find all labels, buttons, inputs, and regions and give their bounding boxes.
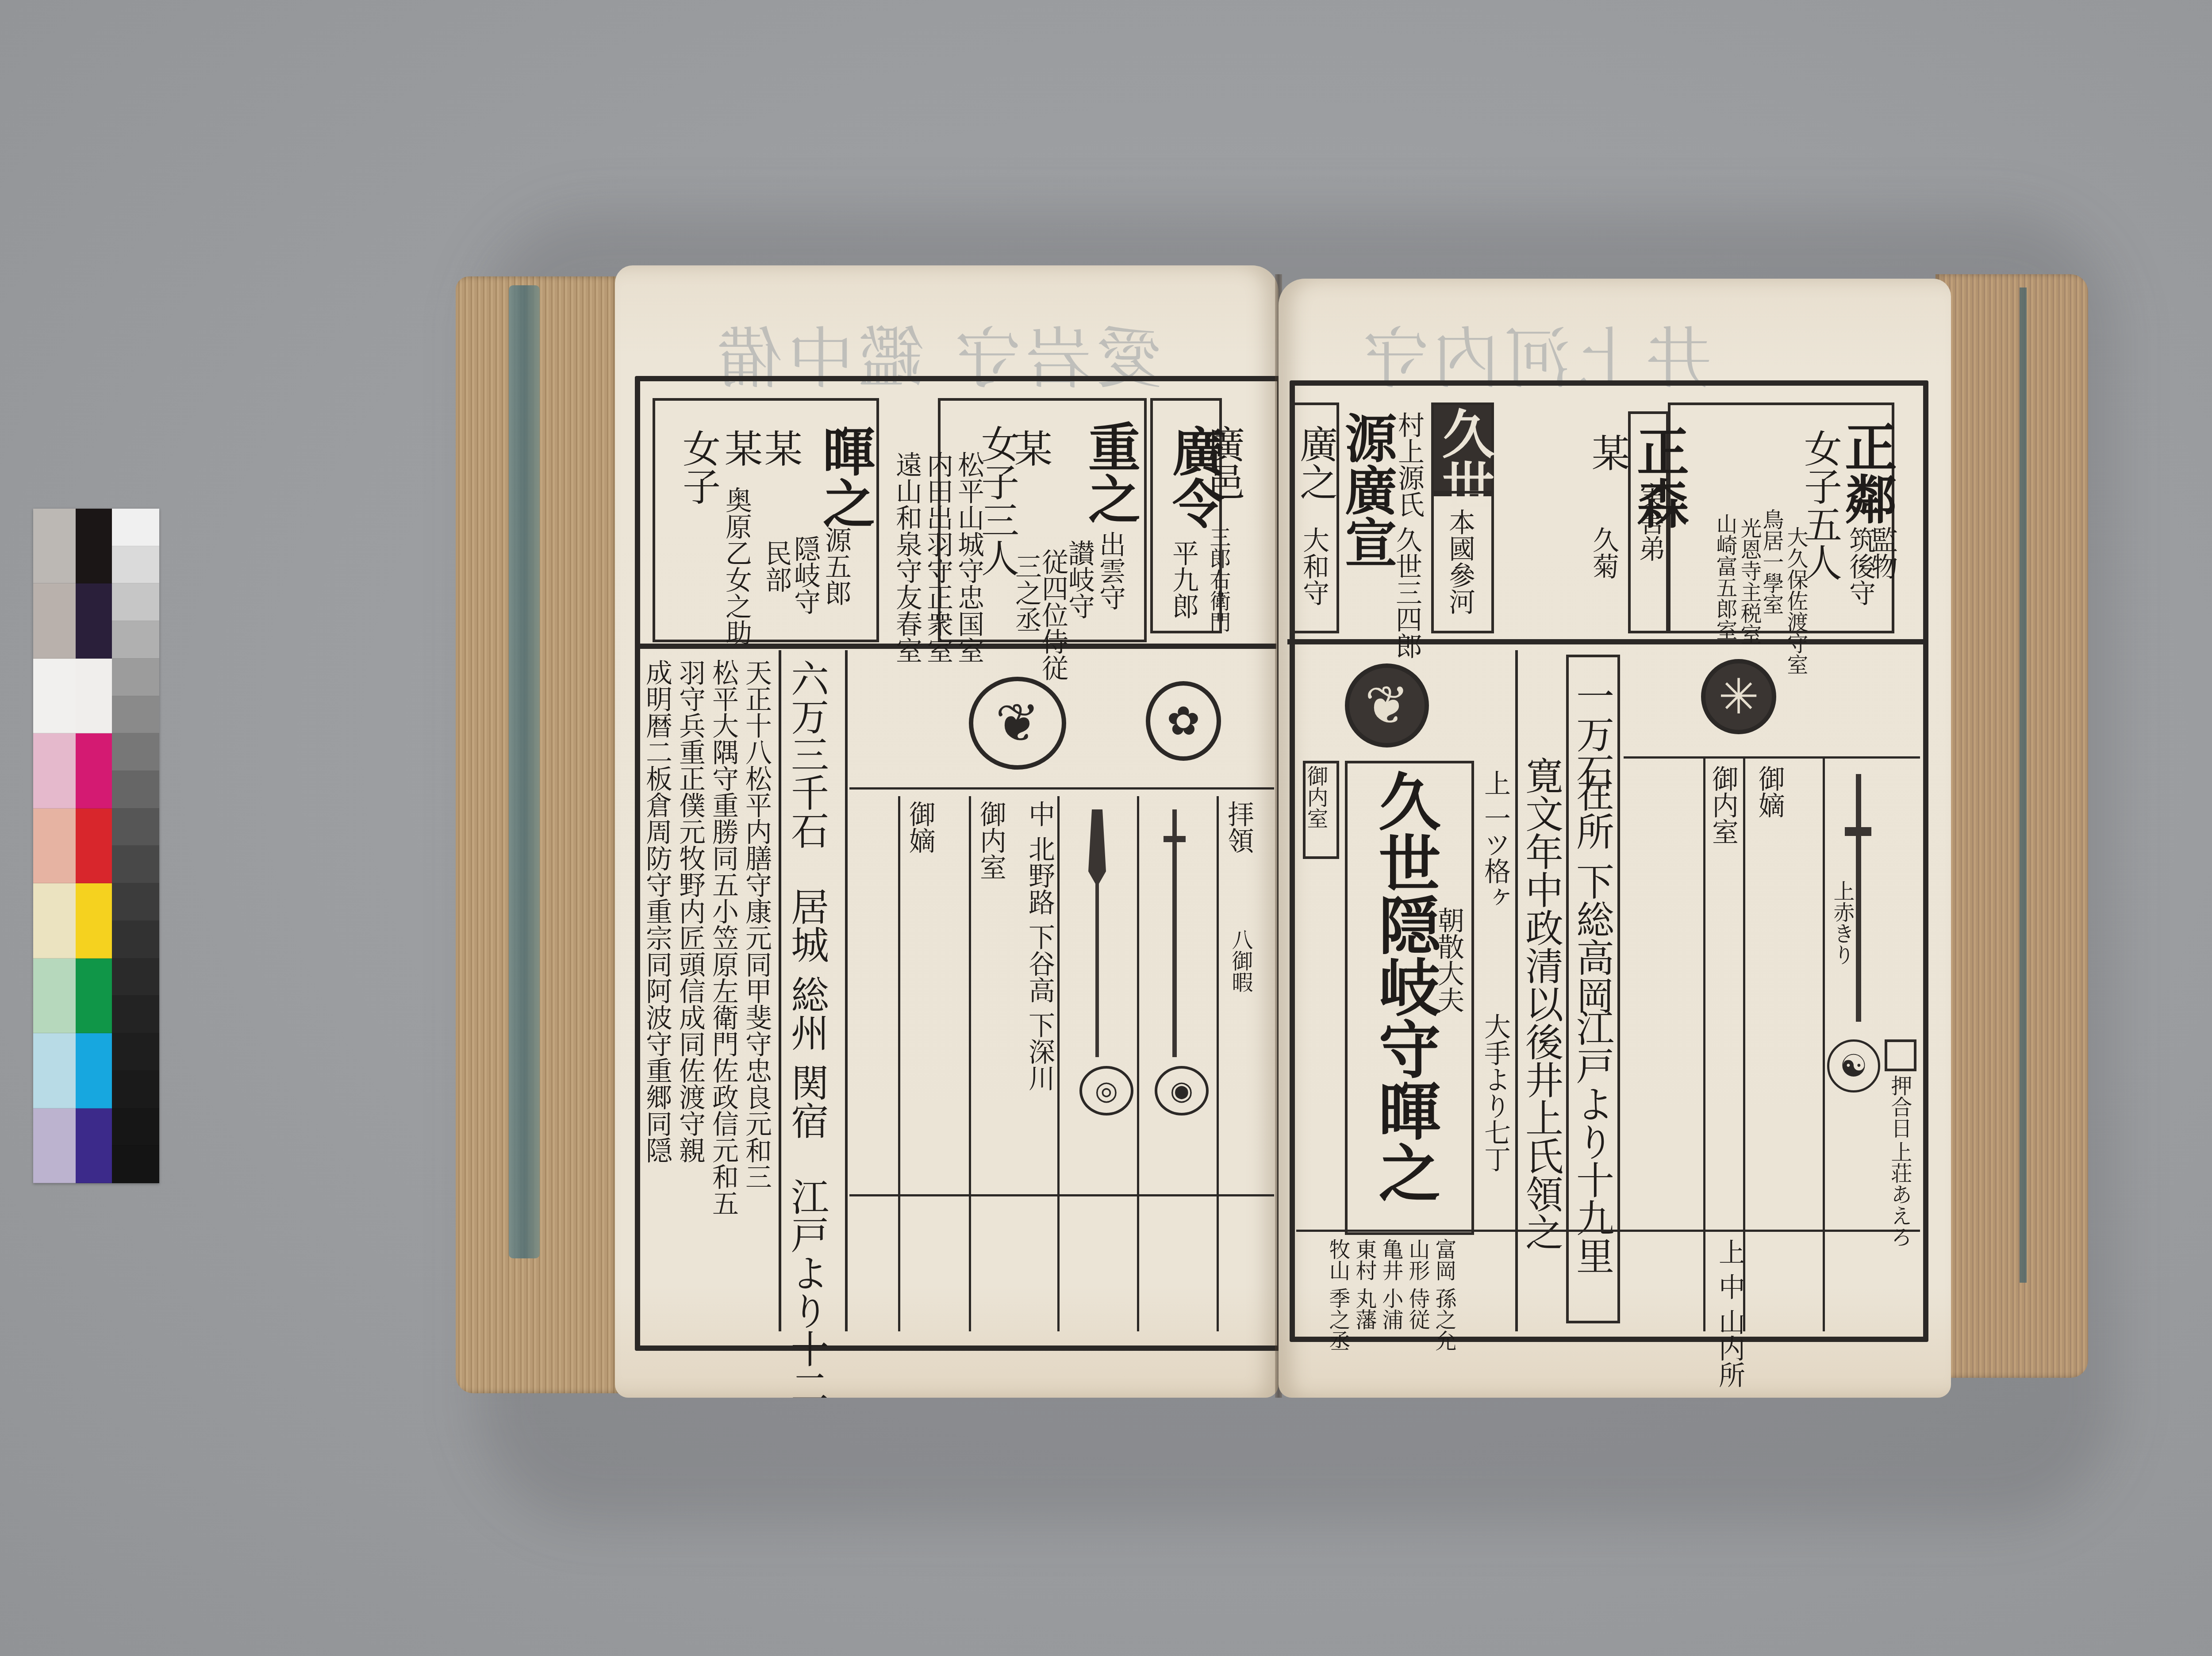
name-shigeyuki: 重之 <box>1084 420 1136 525</box>
checker-column-2 <box>76 509 112 1183</box>
marriage-note: 遠山和泉守友春室 <box>894 451 920 663</box>
name-masachika: 正鄰 <box>1840 420 1893 525</box>
note: 平九郎 <box>1170 540 1197 619</box>
ancestor-name: 源廣宣 <box>1340 411 1393 568</box>
note: 八御暇 <box>1230 929 1251 993</box>
color-swatch <box>112 1108 159 1146</box>
color-swatch <box>33 733 76 808</box>
title: 出雲守 <box>1097 531 1124 610</box>
color-swatch <box>112 921 159 958</box>
seal-crest-icon: ◎ <box>1079 1066 1133 1115</box>
seal-crest-icon: ◉ <box>1155 1066 1209 1115</box>
label-received: 拝領 <box>1225 801 1252 854</box>
ancestor-note: 久世三四郎 <box>1394 526 1420 659</box>
note: 上赤きり <box>1832 880 1853 965</box>
color-swatch <box>112 546 159 584</box>
name-bo: 某 <box>761 429 799 467</box>
color-swatch <box>112 809 159 846</box>
marriage-note: 山崎富五郎室 <box>1714 513 1736 640</box>
color-swatch <box>112 509 159 546</box>
present-note: 大手より七丁 <box>1482 1013 1509 1172</box>
color-swatch <box>76 509 112 583</box>
color-swatch <box>76 659 112 733</box>
note: 三郎右衛門 <box>1208 526 1229 632</box>
color-swatch <box>112 958 159 996</box>
color-swatch <box>112 996 159 1033</box>
distance: 江戸より十二里余 <box>784 1178 829 1398</box>
lower-note: 亀井 小浦 <box>1380 1238 1402 1330</box>
column-rule <box>1823 756 1825 1331</box>
lord-name: 久世隠岐守暉之 <box>1374 770 1436 1203</box>
wife-label: 御内室 <box>1710 765 1736 845</box>
column-rule <box>845 650 848 1331</box>
history-line: 成明暦二板倉周防守重宗同阿波守重郷同隠 <box>644 659 670 1163</box>
color-swatch <box>76 1033 112 1108</box>
residence: 在所 下総高岡 <box>1573 774 1611 1014</box>
note: 源五郎 <box>823 526 849 606</box>
name-hiroyuki: 廣之 <box>1296 425 1334 501</box>
color-swatch <box>112 1071 159 1108</box>
color-swatch <box>33 659 76 733</box>
column-rule <box>1703 756 1705 1331</box>
blue-cover-strip <box>509 285 540 1258</box>
column-rule <box>1137 796 1139 1331</box>
right-page: 井上河内守 久世 本國參河 村上源氏 源廣宣 久世三四郎 廣之 大和守 正鄰 監… <box>1279 279 1951 1398</box>
square-crest-icon <box>1885 1039 1916 1071</box>
left-page: 愛岩守 鑑中備 廣令 平九郎 廣邑 三郎右衛門 重之 出雲守 讃岐守 従四位侍従… <box>615 265 1279 1398</box>
column-rule <box>1515 650 1518 1331</box>
rank: 従四位侍従 <box>1040 548 1066 681</box>
column-rule <box>969 796 971 1331</box>
note: 奥原乙女之助 <box>723 487 750 646</box>
name-bo: 某 <box>1588 433 1626 471</box>
row-rule <box>1296 1230 1920 1232</box>
daughter: 女子 <box>679 429 717 505</box>
color-swatch <box>33 509 76 583</box>
note: 久菊 <box>1590 526 1617 579</box>
color-swatch <box>112 659 159 696</box>
history-line: 松平大隅守重勝同五小笠原左衛門佐政信元和五 <box>710 659 737 1216</box>
tomoe-crest-icon: ☯ <box>1827 1039 1880 1092</box>
color-swatch <box>76 809 112 883</box>
label-wife: 御内室 <box>978 801 1004 880</box>
lower-note: 牧山 季之丞 <box>1327 1238 1348 1351</box>
color-swatch <box>76 958 112 1033</box>
name-hiro-mura: 廣邑 <box>1203 425 1241 501</box>
double-leaf-crest-icon: ❦ <box>1345 663 1429 747</box>
stipend: 六万三千石 <box>784 659 829 849</box>
note: 実舎弟 <box>1637 482 1663 562</box>
color-swatch <box>33 809 76 883</box>
history-line: 天正十八松平内膳守康元同甲斐守忠良元和三 <box>743 659 770 1190</box>
distance-from-edo: 江戸より十九里 <box>1573 1008 1611 1275</box>
home-province: 本國參河 <box>1447 509 1473 615</box>
color-swatch <box>112 621 159 659</box>
heir-label: 御嫡 <box>1756 765 1783 818</box>
clan-origin: 村上源氏 <box>1396 411 1422 517</box>
left-page-edges <box>456 276 619 1393</box>
color-swatch <box>112 1146 159 1183</box>
marriage-note: 大久保佐渡守室 <box>1785 526 1806 675</box>
note: 上荘あえろ <box>1889 1141 1910 1247</box>
plum-blossom-crest-icon: ✿ <box>1146 681 1221 761</box>
lower-note: 富岡 孫之允 <box>1433 1238 1455 1351</box>
checker-gray-scale <box>112 509 159 1183</box>
right-page-edges <box>1935 274 2088 1378</box>
column-rule <box>898 796 900 1331</box>
color-swatch <box>33 1108 76 1183</box>
note: 押合日 <box>1889 1075 1910 1138</box>
color-swatch <box>112 846 159 883</box>
color-swatch <box>112 733 159 771</box>
color-swatch <box>33 1033 76 1108</box>
residences: 中 北野路 下谷高 下深川 <box>1026 801 1053 1091</box>
stipend-castle: 六万三千石 居城 総州 関宿 江戸より十二里余 <box>787 659 826 1398</box>
marriage-note: 光恩寺主税室 <box>1739 517 1760 645</box>
color-checker <box>33 509 159 1183</box>
label-heir: 御嫡 <box>907 801 933 854</box>
title: 隠岐守 <box>792 535 818 615</box>
name-teruyuki: 暉之 <box>818 425 871 529</box>
title: 大和守 <box>1301 526 1327 606</box>
present-note: 上 一ツ格ヶ <box>1482 770 1509 911</box>
lower-note: 上 中 山内所 <box>1717 1238 1743 1388</box>
color-swatch <box>33 583 76 658</box>
column-rule <box>1057 796 1060 1331</box>
color-swatch <box>33 883 76 958</box>
color-swatch <box>33 958 76 1033</box>
blue-cover-strip <box>2020 287 2027 1283</box>
color-swatch <box>76 583 112 658</box>
column-rule <box>779 650 781 1331</box>
row-rule <box>849 787 1274 790</box>
row-rule <box>849 1194 1274 1196</box>
color-swatch <box>76 733 112 808</box>
wife-label: 御内室 <box>1305 765 1326 829</box>
color-swatch <box>112 883 159 921</box>
column-rule <box>1743 756 1745 1331</box>
history-line: 羽守兵重正僕元牧野内匠頭信成同佐渡守親 <box>677 659 703 1163</box>
title: 讃岐守 <box>1066 540 1093 619</box>
open-book: 愛岩守 鑑中備 廣令 平九郎 廣邑 三郎右衛門 重之 出雲守 讃岐守 従四位侍従… <box>451 265 2088 1398</box>
title: 筑後守 <box>1847 526 1874 606</box>
row-rule <box>1624 756 1920 759</box>
color-swatch <box>112 583 159 621</box>
marriage-note: 鳥居一學室 <box>1761 509 1782 615</box>
color-swatch <box>112 1033 159 1071</box>
castle: 居城 総州 関宿 <box>784 887 829 1140</box>
name-bo: 某 <box>721 429 759 467</box>
note: 民部 <box>763 540 790 593</box>
court-rank: 朝散大夫 <box>1436 907 1462 1013</box>
lower-note: 山形 侍従 <box>1407 1238 1428 1330</box>
color-swatch <box>112 771 159 809</box>
standard-pole-icon <box>1164 809 1186 1057</box>
marriage-note: 松平山城守忠国室 <box>956 451 982 663</box>
color-swatch <box>76 1108 112 1183</box>
marriage-note: 内田出羽守正衆室 <box>925 451 951 663</box>
color-swatch <box>112 696 159 734</box>
hemp-leaf-wheel-crest-icon: ✳ <box>1701 659 1776 734</box>
checker-column-1 <box>33 509 76 1183</box>
color-swatch <box>76 883 112 958</box>
paulownia-leaf-pair-crest-icon: ❦ <box>969 677 1066 770</box>
lower-note: 東村 丸藩 <box>1354 1238 1375 1330</box>
section-divider <box>1287 639 1924 644</box>
column-rule <box>1217 796 1219 1331</box>
domain-history: 寛文年中政清以後井上氏領之 <box>1522 756 1560 1251</box>
